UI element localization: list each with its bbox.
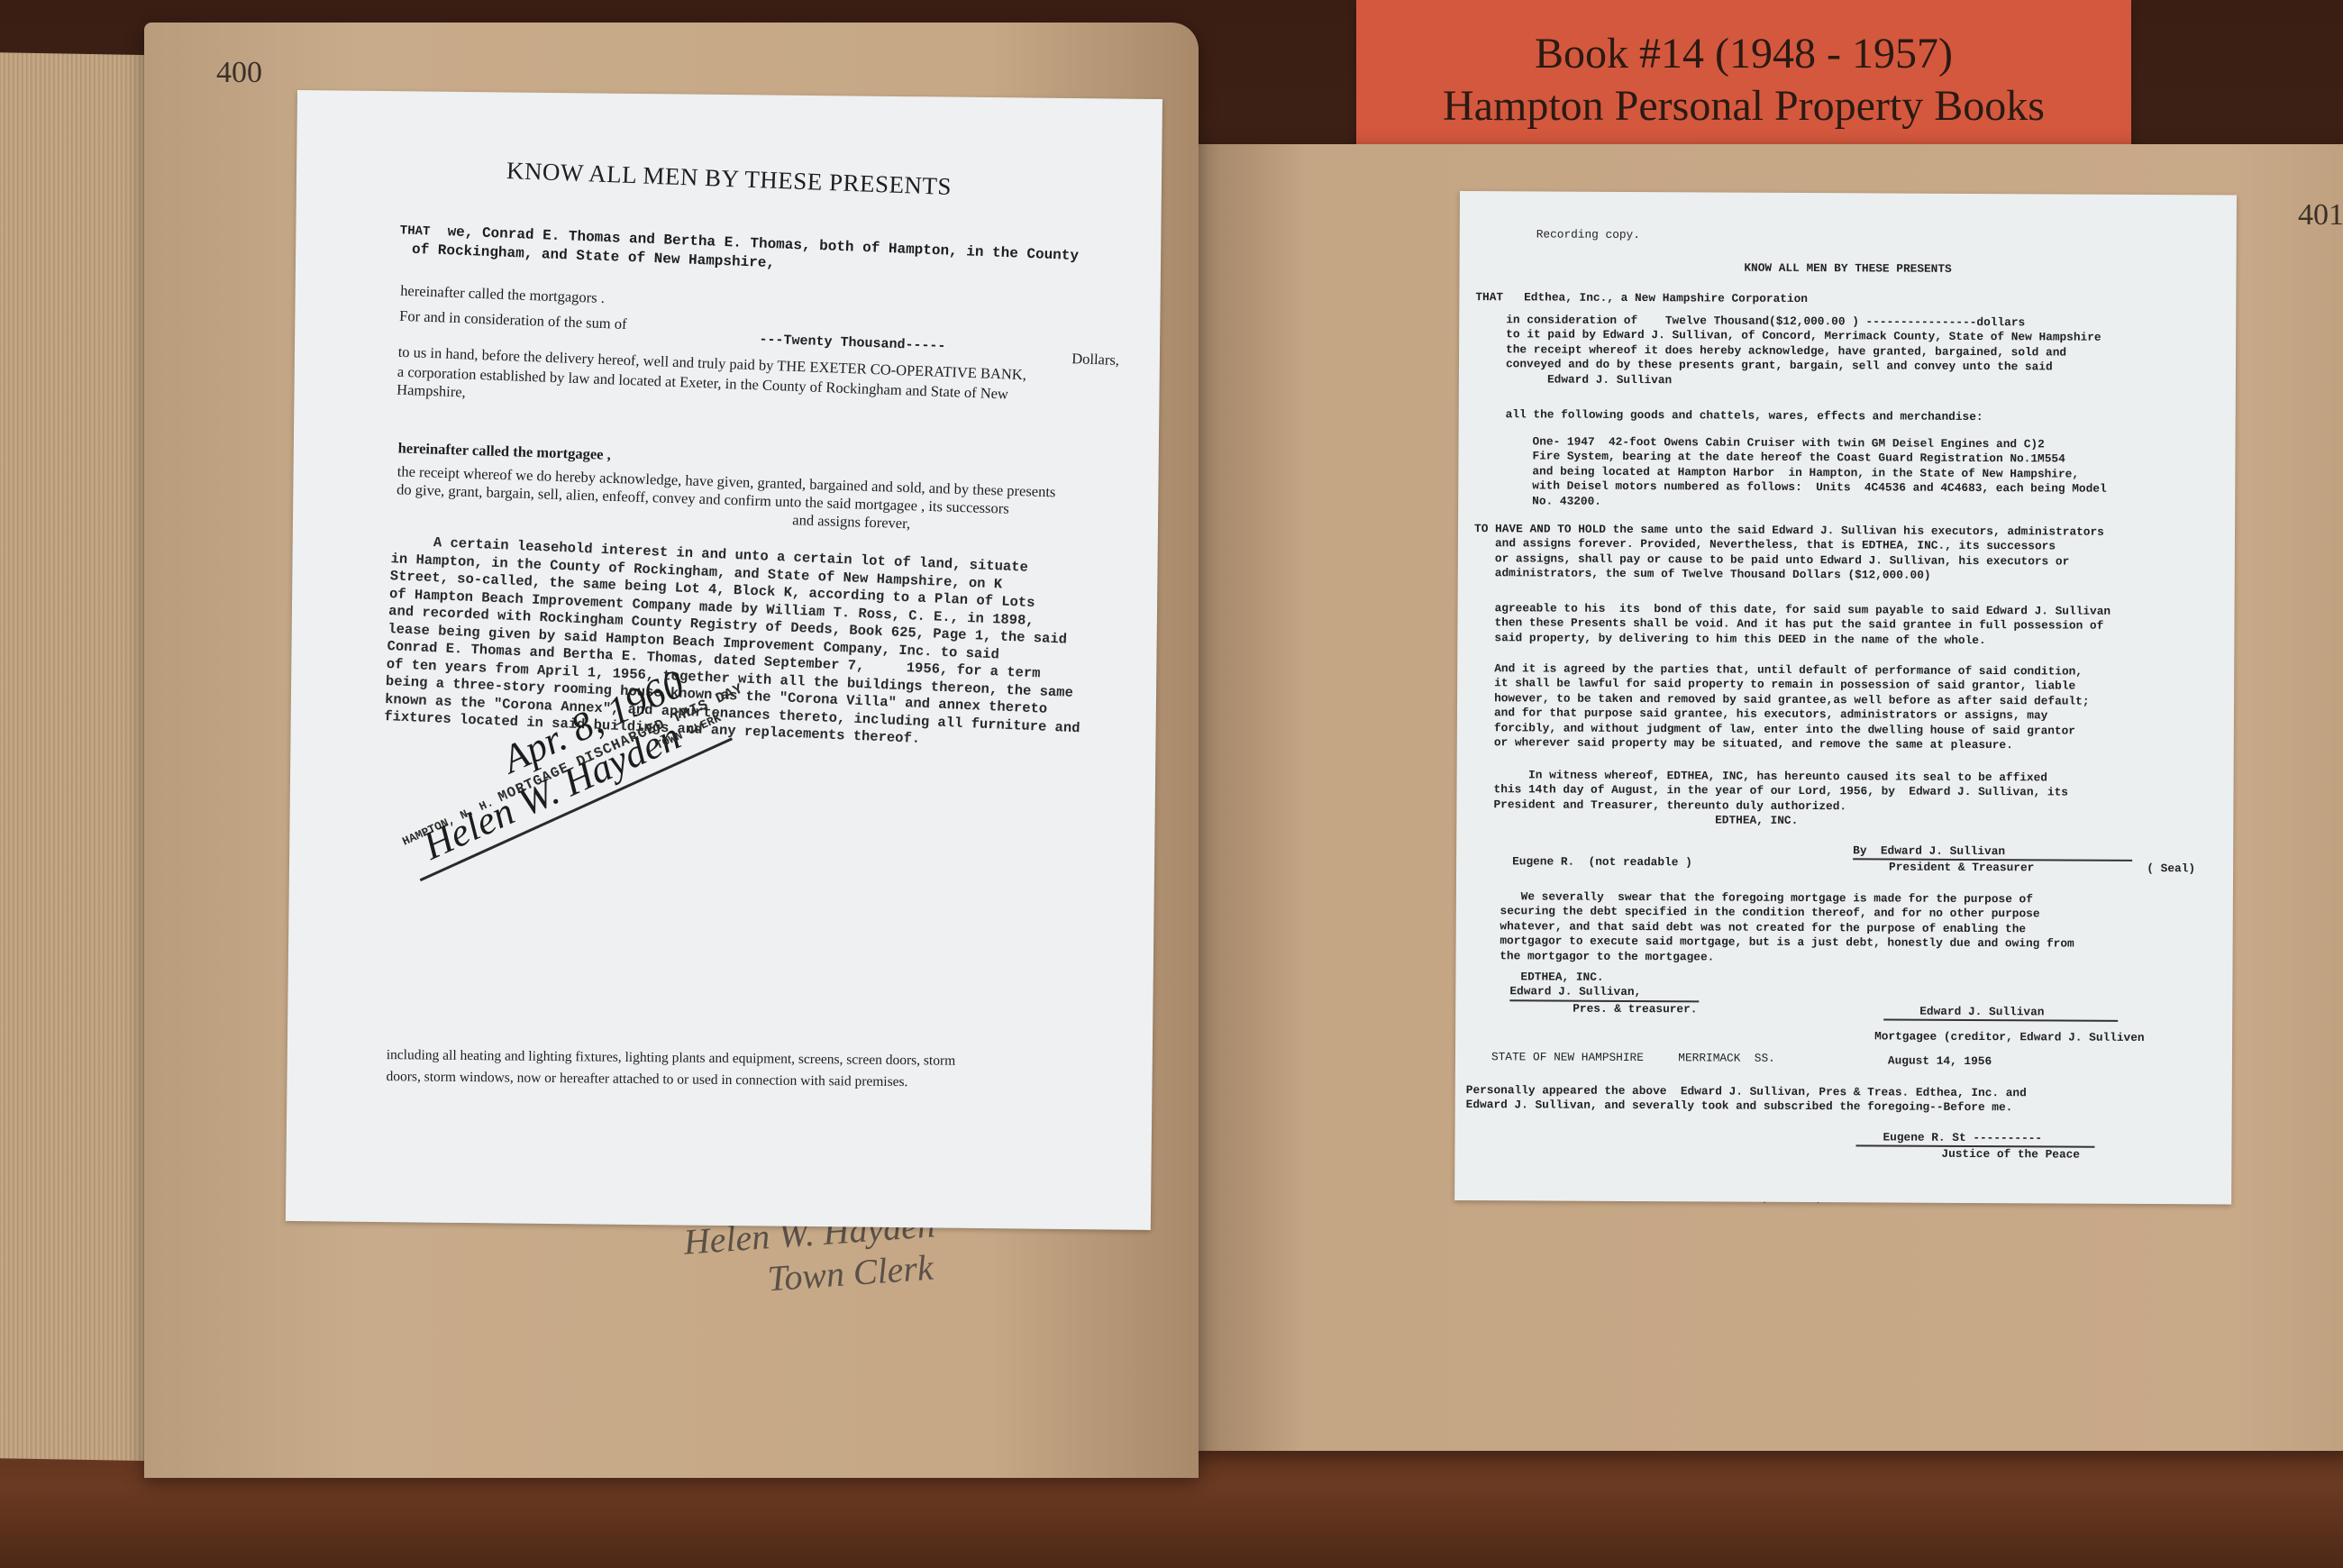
oath-line: the mortgagor to the mortgagee. bbox=[1472, 949, 2074, 967]
agreeable-block: agreeable to his its bond of this date, … bbox=[1473, 601, 2111, 649]
appeared-line: Edward J. Sullivan, and severally took a… bbox=[1466, 1098, 2027, 1116]
witness-block: In witness whereof, EDTHEA, INC, has her… bbox=[1472, 768, 2068, 830]
mortgagee-block: hereinafter called the mortgagee , the r… bbox=[396, 439, 1154, 540]
seal-label: ( Seal) bbox=[2147, 861, 2195, 877]
justice-signature: Eugene R. St ---------- bbox=[1855, 1130, 2094, 1148]
left-mortgage-document: KNOW ALL MEN BY THESE PRESENTS THAT we, … bbox=[286, 90, 1162, 1230]
page-number-left: 400 bbox=[216, 56, 262, 90]
book-label-card: Book #14 (1948 - 1957) Hampton Personal … bbox=[1356, 0, 2131, 153]
document-title: KNOW ALL MEN BY THESE PRESENTS bbox=[296, 149, 1162, 208]
page-number-right: 401 bbox=[2298, 198, 2343, 232]
including-line-2: doors, storm windows, now or hereafter a… bbox=[386, 1068, 1134, 1094]
mortgagor-block: hereinafter called the mortgagors . For … bbox=[397, 282, 1121, 425]
witness-line: EDTHEA, INC. bbox=[1472, 812, 2068, 830]
justice-signature-block: Eugene R. St ---------- Justice of the P… bbox=[1855, 1130, 2094, 1162]
mortgagor-title: Pres. & treasurer. bbox=[1509, 1001, 1699, 1017]
parties-block: THAT we, Conrad E. Thomas and Bertha E. … bbox=[399, 221, 1112, 285]
justice-title: Justice of the Peace bbox=[1855, 1147, 2094, 1163]
habendum-line: administrators, the sum of Twelve Thousa… bbox=[1474, 566, 2104, 584]
goods-line: all the following goods and chattels, wa… bbox=[1506, 407, 1983, 424]
mortgagor-signature: Edward J. Sullivan, bbox=[1509, 985, 1699, 1003]
agreed-line: or wherever said property may be situate… bbox=[1473, 735, 2090, 753]
consideration-line: Edward J. Sullivan bbox=[1506, 372, 2101, 390]
appeared-block: Personally appeared the above Edward J. … bbox=[1466, 1083, 2027, 1116]
book-label-subtitle: Hampton Personal Property Books bbox=[1356, 79, 2131, 133]
that-lead: THAT bbox=[399, 223, 430, 239]
acknowledgment-date: August 14, 1956 bbox=[1888, 1054, 1992, 1070]
by-signature-block: By Edward J. Sullivan President & Treasu… bbox=[1853, 843, 2195, 877]
item-line: with Deisel motors numbered as follows: … bbox=[1532, 479, 2106, 497]
book-label-title: Book #14 (1948 - 1957) bbox=[1356, 29, 2131, 79]
that-line: THAT Edthea, Inc., a New Hampshire Corpo… bbox=[1475, 290, 1808, 306]
including-block: including all heating and lighting fixtu… bbox=[386, 1046, 1134, 1094]
agreed-block: And it is agreed by the parties that, un… bbox=[1473, 661, 2090, 753]
by-title: President & Treasurer bbox=[1853, 861, 2195, 877]
consideration-block: in consideration of Twelve Thousand($12,… bbox=[1506, 313, 2101, 389]
by-signature: By Edward J. Sullivan bbox=[1853, 843, 2132, 861]
mortgagor-company: EDTHEA, INC. bbox=[1509, 970, 1699, 986]
witness-signer: Eugene R. (not readable ) bbox=[1512, 854, 1692, 870]
mortgagor-signature-block: EDTHEA, INC. Edward J. Sullivan, Pres. &… bbox=[1509, 970, 1699, 1016]
state-venue-line: STATE OF NEW HAMPSHIRE MERRIMACK SS. bbox=[1491, 1050, 1775, 1066]
oath-block: We severally swear that the foregoing mo… bbox=[1472, 889, 2075, 967]
habendum-block: TO HAVE AND TO HOLD the same unto the sa… bbox=[1474, 522, 2104, 584]
mortgagee-signature-block: Edward J. Sullivan Mortgagee (creditor, … bbox=[1883, 1004, 2145, 1045]
right-mortgage-document: Recording copy. KNOW ALL MEN BY THESE PR… bbox=[1454, 191, 2237, 1204]
item-line: No. 43200. bbox=[1532, 494, 2106, 512]
mortgagee-title: Mortgagee (creditor, Edward J. Sulliven bbox=[1874, 1030, 2145, 1046]
item-description: One- 1947 42-foot Owens Cabin Cruiser wi… bbox=[1532, 434, 2107, 511]
recording-copy-note: Recording copy. bbox=[1536, 227, 1640, 242]
mortgagee-signature: Edward J. Sullivan bbox=[1883, 1004, 2118, 1022]
right-document-title: KNOW ALL MEN BY THESE PRESENTS bbox=[1460, 260, 2237, 278]
